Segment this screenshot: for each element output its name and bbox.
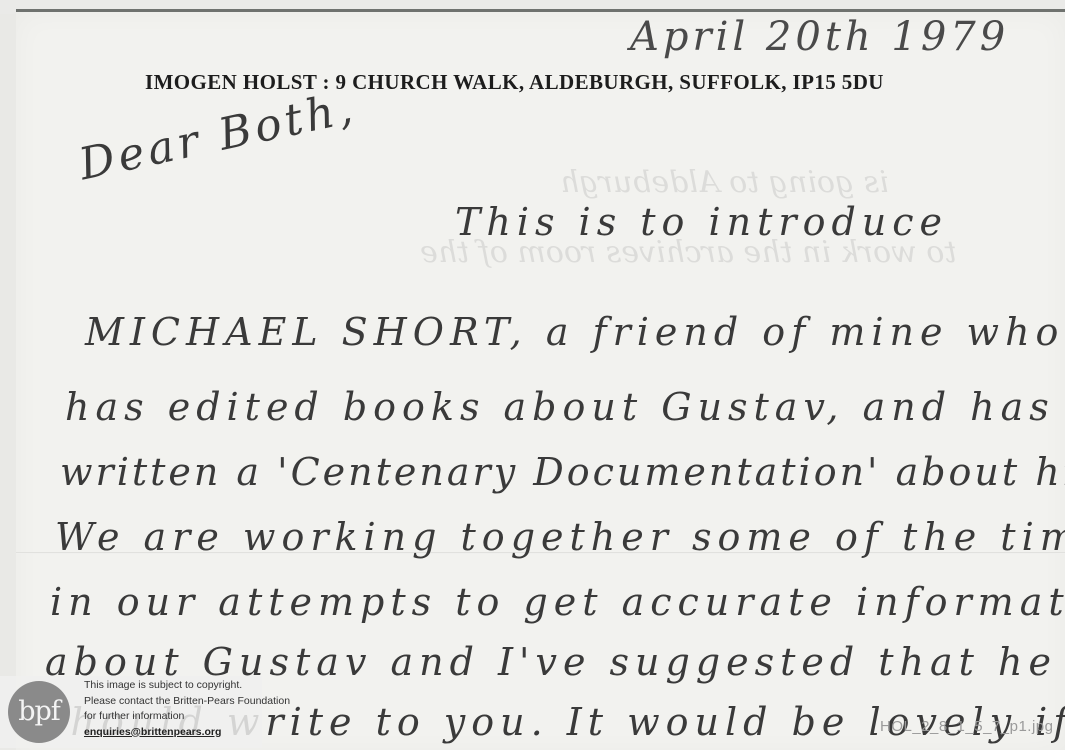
copyright-line: Please contact the Britten-Pears Foundat… — [84, 694, 290, 710]
letter-line: in our attempts to get accurate informat… — [50, 580, 1065, 624]
letter-line: We are working together some of the time — [55, 515, 1065, 559]
image-filename: HOL_2_8_1_5_7_p1.jpg — [880, 718, 1053, 735]
copyright-line: for further information — [84, 709, 290, 725]
copyright-line: This image is subject to copyright. — [84, 678, 290, 694]
bpf-logo: bpf — [8, 681, 70, 743]
letter-line: MICHAEL SHORT, a friend of mine who — [85, 310, 1064, 354]
letterhead: IMOGEN HOLST : 9 CHURCH WALK, ALDEBURGH,… — [145, 70, 884, 95]
letter-line: has edited books about Gustav, and has — [65, 385, 1055, 429]
bleed-through-text: is going to Aldeburgh — [560, 165, 889, 200]
copyright-notice: This image is subject to copyright. Plea… — [84, 678, 290, 740]
handwritten-date: April 20th 1979 — [630, 14, 1009, 60]
contact-email-link[interactable]: enquiries@brittenpears.org — [84, 726, 221, 738]
letter-line: This is to introduce — [455, 200, 948, 244]
letter-line: written a 'Centenary Documentation' abou… — [60, 450, 1065, 494]
